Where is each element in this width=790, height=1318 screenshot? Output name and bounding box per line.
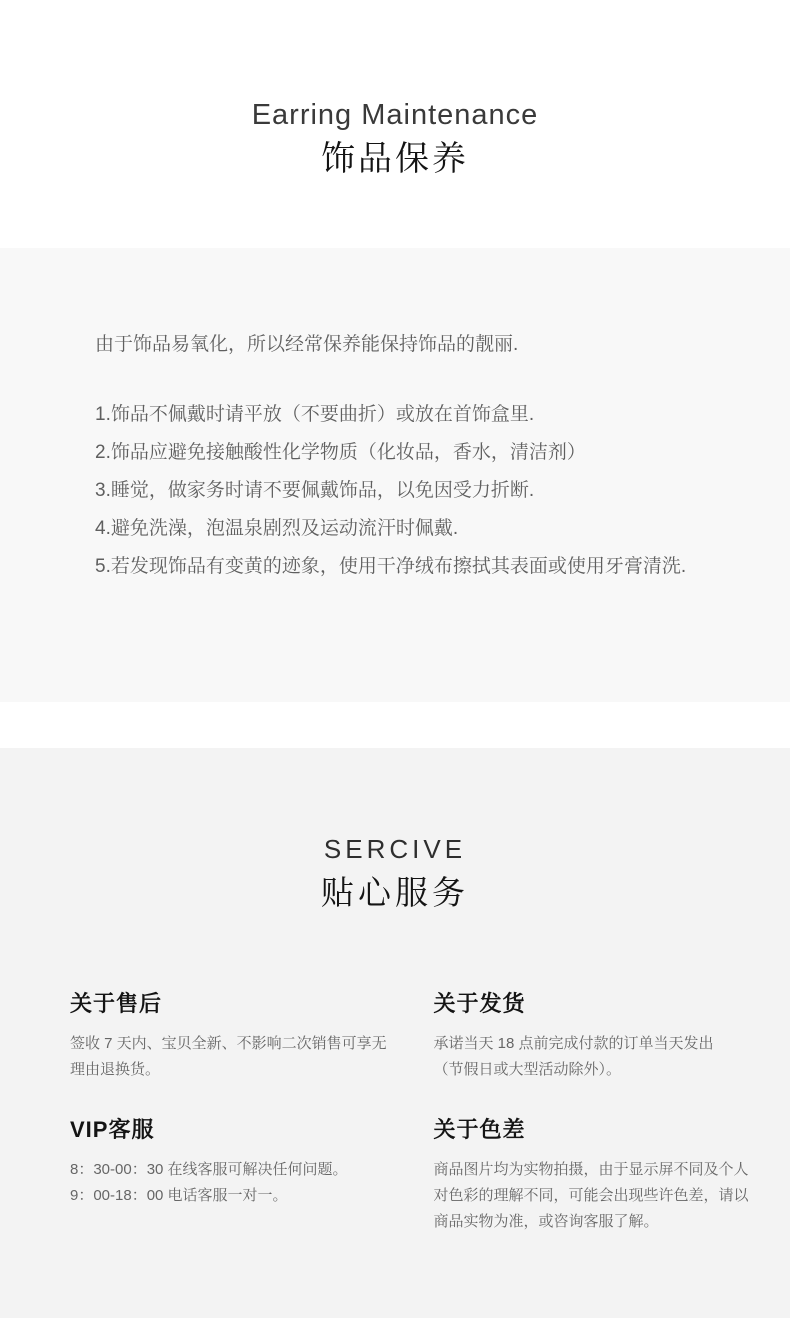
service-card-shipping-heading: 关于发货 [434, 993, 761, 1015]
maintenance-item-1: 1.饰品不佩戴时请平放（不要曲折）或放在首饰盒里. [95, 396, 740, 434]
service-card-color-difference-text: 商品图片均为实物拍摄，由于显示屏不同及个人对色彩的理解不同，可能会出现些许色差，… [434, 1157, 761, 1235]
maintenance-title-zh: 饰品保养 [0, 142, 790, 176]
service-card-vip-support-text-line-1: 8：30-00：30 在线客服可解决任何问题。 [70, 1157, 397, 1183]
section-divider-gap [0, 702, 790, 748]
service-card-color-difference-heading: 关于色差 [434, 1119, 761, 1141]
service-card-after-sales: 关于售后 签收 7 天内、宝贝全新、不影响二次销售可享无理由退换货。 [70, 993, 397, 1083]
service-card-vip-support: VIP客服 8：30-00：30 在线客服可解决任何问题。 9：00-18：00… [70, 1119, 397, 1235]
service-grid: 关于售后 签收 7 天内、宝贝全新、不影响二次销售可享无理由退换货。 关于发货 … [0, 993, 790, 1235]
service-card-vip-support-heading: VIP客服 [70, 1119, 397, 1141]
maintenance-item-4: 4.避免洗澡，泡温泉剧烈及运动流汗时佩戴. [95, 510, 740, 548]
maintenance-item-5: 5.若发现饰品有变黄的迹象，使用干净绒布擦拭其表面或使用牙膏清洗. [95, 548, 740, 586]
service-card-shipping: 关于发货 承诺当天 18 点前完成付款的订单当天发出 （节假日或大型活动除外）。 [434, 993, 761, 1083]
product-detail-page: Earring Maintenance 饰品保养 由于饰品易氧化，所以经常保养能… [0, 0, 790, 1318]
service-card-after-sales-text: 签收 7 天内、宝贝全新、不影响二次销售可享无理由退换货。 [70, 1031, 397, 1083]
service-title-zh: 贴心服务 [0, 876, 790, 909]
service-title-en: SERCIVE [0, 836, 790, 862]
service-card-vip-support-text-line-2: 9：00-18：00 电话客服一对一。 [70, 1183, 397, 1209]
service-panel: SERCIVE 贴心服务 关于售后 签收 7 天内、宝贝全新、不影响二次销售可享… [0, 748, 790, 1318]
service-card-after-sales-heading: 关于售后 [70, 993, 397, 1015]
maintenance-item-3: 3.睡觉，做家务时请不要佩戴饰品，以免因受力折断. [95, 472, 740, 510]
service-card-color-difference: 关于色差 商品图片均为实物拍摄，由于显示屏不同及个人对色彩的理解不同，可能会出现… [434, 1119, 761, 1235]
maintenance-intro: 由于饰品易氧化，所以经常保养能保持饰品的靓丽. [95, 332, 740, 358]
service-card-shipping-text-line-2: （节假日或大型活动除外）。 [434, 1057, 761, 1083]
maintenance-title-en: Earring Maintenance [0, 101, 790, 130]
maintenance-header: Earring Maintenance 饰品保养 [0, 0, 790, 248]
service-card-shipping-text-line-1: 承诺当天 18 点前完成付款的订单当天发出 [434, 1031, 761, 1057]
maintenance-list: 1.饰品不佩戴时请平放（不要曲折）或放在首饰盒里. 2.饰品应避免接触酸性化学物… [95, 396, 740, 586]
maintenance-item-2: 2.饰品应避免接触酸性化学物质（化妆品，香水，清洁剂） [95, 434, 740, 472]
maintenance-panel: 由于饰品易氧化，所以经常保养能保持饰品的靓丽. 1.饰品不佩戴时请平放（不要曲折… [0, 248, 790, 702]
